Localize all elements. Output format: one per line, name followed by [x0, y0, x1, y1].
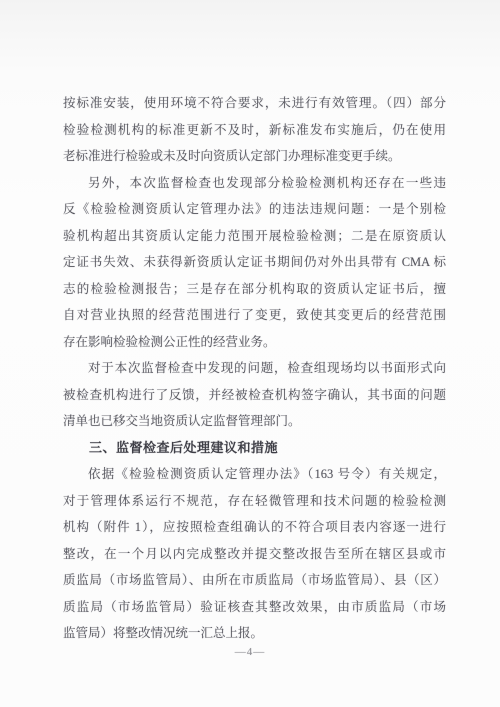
- document-body: 按标准安装，使用环境不符合要求，未进行有效管理。（四）部分检验检测机构的标准更新…: [63, 90, 446, 647]
- scanned-document-page: 按标准安装，使用环境不符合要求，未进行有效管理。（四）部分检验检测机构的标准更新…: [0, 0, 500, 707]
- document-line: 质监局（市场监管局）、由所在市质监局（市场监管局）、县（区）: [63, 567, 446, 594]
- document-line: 检验检测机构的标准更新不及时，新标准发布实施后，仍在使用: [63, 117, 446, 144]
- page-number: —4—: [0, 646, 500, 658]
- document-line: 自对营业执照的经营范围进行了变更，致使其变更后的经营范围: [63, 302, 446, 329]
- document-line: 依据《检验检测资质认定管理办法》（163 号令）有关规定，: [63, 461, 446, 488]
- document-line: 对于管理体系运行不规范，存在轻微管理和技术问题的检验检测: [63, 488, 446, 515]
- document-line: 志的检验检测报告；三是存在部分机构取的资质认定证书后，擅: [63, 276, 446, 303]
- document-line: 反《检验检测资质认定管理办法》的违法违规问题：一是个别检: [63, 196, 446, 223]
- document-line: 整改，在一个月以内完成整改并提交整改报告至所在辖区县或市: [63, 541, 446, 568]
- document-line: 按标准安装，使用环境不符合要求，未进行有效管理。（四）部分: [63, 90, 446, 117]
- document-line: 老标准进行检验或未及时向资质认定部门办理标准变更手续。: [63, 143, 446, 170]
- document-line: 定证书失效、未获得新资质认定证书期间仍对外出具带有 CMA 标: [63, 249, 446, 276]
- document-line: 验机构超出其资质认定能力范围开展检验检测；二是在原资质认: [63, 223, 446, 250]
- section-heading: 三、监督检查后处理建议和措施: [63, 435, 446, 462]
- document-line: 对于本次监督检查中发现的问题，检查组现场均以书面形式向: [63, 355, 446, 382]
- document-line: 另外，本次监督检查也发现部分检验检测机构还存在一些违: [63, 170, 446, 197]
- document-line: 清单也已移交当地资质认定监督管理部门。: [63, 408, 446, 435]
- document-line: 监管局）将整改情况统一汇总上报。: [63, 620, 446, 647]
- document-line: 存在影响检验检测公正性的经营业务。: [63, 329, 446, 356]
- document-line: 被检查机构进行了反馈，并经被检查机构签字确认，其书面的问题: [63, 382, 446, 409]
- document-line: 机构（附件 1），应按照检查组确认的不符合项目表内容逐一进行: [63, 514, 446, 541]
- document-line: 质监局（市场监管局）验证核查其整改效果，由市质监局（市场: [63, 594, 446, 621]
